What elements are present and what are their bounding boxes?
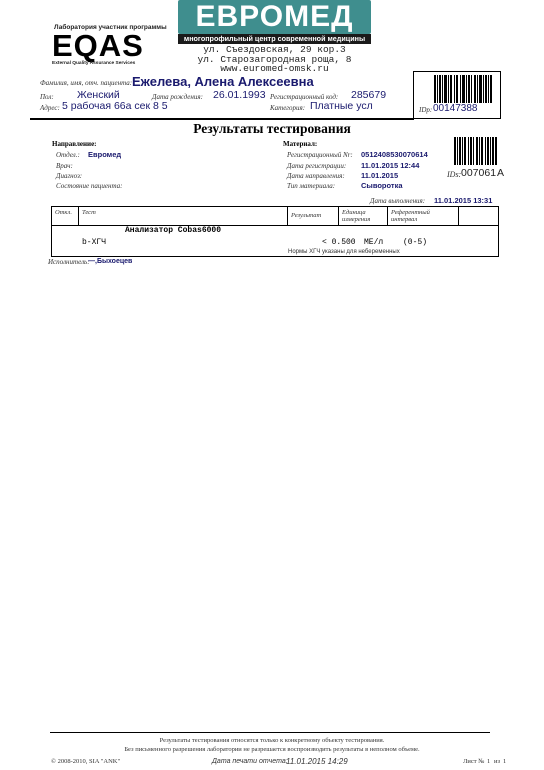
header-divider xyxy=(30,118,414,120)
clinic-logo-banner: ЕВРОМЕД xyxy=(178,0,371,34)
disclaimer-1: Результаты тестирования относятся только… xyxy=(0,737,544,744)
reg-no-label: Регистрационный Nr: xyxy=(287,151,353,159)
material-type-label: Тип материала: xyxy=(287,182,335,190)
performer-name: —,Быхоецев xyxy=(88,258,132,265)
idr-label: IDр: xyxy=(419,106,432,114)
material-heading: Материал: xyxy=(283,140,317,148)
address-label: Адрес: xyxy=(40,104,60,112)
patient-name-label: Фамилия, имя, отч. пациента: xyxy=(40,79,132,87)
col-test: Тест xyxy=(79,207,287,225)
ids-label: IDs: xyxy=(447,170,461,179)
dept-value: Евромед xyxy=(88,150,121,159)
disclaimer-2: Без письменного разрешения лаборатории н… xyxy=(0,746,544,753)
completed-label: Дата выполнения: xyxy=(370,197,425,205)
performer-label: Исполнитель: xyxy=(48,258,90,266)
patient-category: Платные усл xyxy=(310,100,373,112)
diagnosis-label: Диагноз: xyxy=(56,172,82,180)
col-unit: Единица измерения xyxy=(339,207,387,225)
material-type-value: Сыворотка xyxy=(361,181,403,190)
condition-label: Состояние пациента: xyxy=(56,182,122,190)
completed-value: 11.01.2015 13:31 xyxy=(434,196,492,205)
test-name: b-ХГЧ xyxy=(82,238,106,247)
clinic-website: www.euromed-omsk.ru xyxy=(178,64,371,74)
result-value: < 0.500 xyxy=(322,238,356,247)
reg-date-label: Дата регистрации: xyxy=(287,162,346,170)
col-reference: Референтный интервал xyxy=(388,207,458,225)
ref-date-value: 11.01.2015 xyxy=(361,171,398,180)
footer-divider xyxy=(50,732,490,733)
direction-heading: Направление: xyxy=(52,140,97,148)
page-title: Результаты тестирования xyxy=(0,121,544,137)
total-pages: 1 xyxy=(503,758,506,765)
print-date: 11.01.2015 14:29 xyxy=(286,757,348,766)
sample-barcode-icon xyxy=(454,137,499,165)
col-deviation: Откл. xyxy=(52,207,78,225)
ids-value: 007061 xyxy=(461,167,496,179)
eqas-subtitle: External Quality Assurance Services xyxy=(52,61,135,66)
doctor-label: Врач: xyxy=(56,162,73,170)
results-table: Откл. Тест Результат Единица измерения Р… xyxy=(51,206,499,257)
page-label: Лист № xyxy=(463,758,484,765)
clinic-logo: ЕВРОМЕД xyxy=(196,2,354,32)
result-note: Нормы ХГЧ указаны для небеременных xyxy=(288,249,400,255)
ref-date-label: Дата направления: xyxy=(287,172,345,180)
eqas-logo: EQAS xyxy=(52,30,144,61)
idr-value: 00147388 xyxy=(433,103,478,114)
reg-no-value: 0512408530070614 xyxy=(361,150,428,159)
clinic-tagline: многопрофильный центр современной медици… xyxy=(178,34,371,44)
analyzer-group: Анализатор Cobas6000 xyxy=(125,226,221,235)
reg-date-value: 11.01.2015 12:44 xyxy=(361,161,419,170)
dept-label: Отдел.: xyxy=(56,151,80,159)
patient-name: Ежелева, Алена Алексеевна xyxy=(132,74,314,89)
copyright: © 2008-2010, SIA "ANK" xyxy=(51,758,120,765)
category-label: Категория: xyxy=(270,104,305,112)
page-of-label: из xyxy=(494,758,500,765)
patient-address: 5 рабочая 66а сек 8 5 xyxy=(62,100,168,112)
sex-label: Пол: xyxy=(40,93,54,101)
patient-dob: 26.01.1993 xyxy=(213,89,266,101)
page-number: 1 xyxy=(487,758,490,765)
result-unit: МЕ/л xyxy=(364,238,383,247)
barcode-icon xyxy=(434,75,494,103)
ids-suffix: A xyxy=(497,167,504,179)
print-date-label: Дата печати отчета: xyxy=(212,758,288,765)
col-result: Результат xyxy=(288,207,338,225)
reference-interval: (0-5) xyxy=(403,238,427,247)
patient-barcode-box: IDр: 00147388 xyxy=(413,71,501,119)
